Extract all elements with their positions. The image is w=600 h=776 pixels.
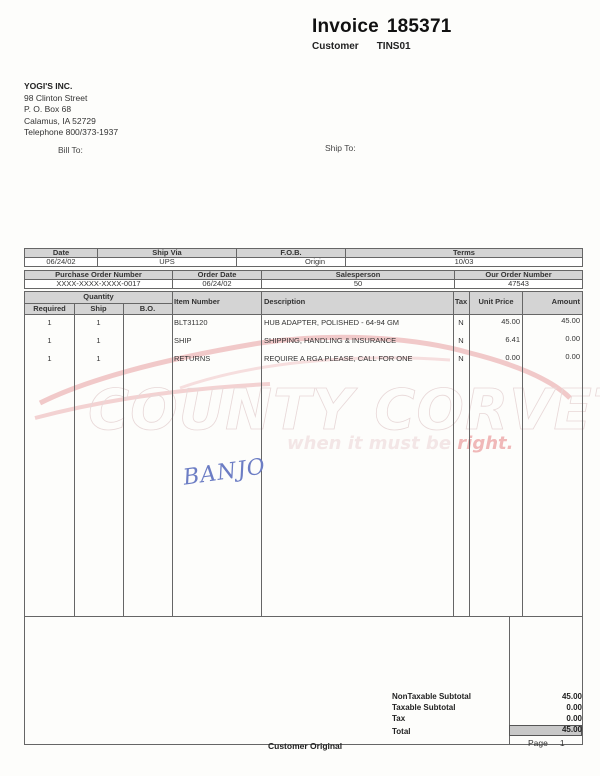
- line-item-amount: 0.00: [523, 334, 580, 343]
- unit-price-header: Unit Price: [469, 297, 523, 306]
- divider: [24, 314, 583, 315]
- line-item-ship: 1: [74, 336, 123, 345]
- salesperson-value: 50: [262, 280, 455, 289]
- company-address-line: Calamus, IA 52729: [24, 116, 118, 128]
- amount-header: Amount: [523, 297, 580, 306]
- total-label: Total: [392, 727, 411, 736]
- tax-value: 0.00: [566, 714, 582, 723]
- divider: [522, 291, 523, 616]
- tagline-text: when it must be: [287, 433, 457, 454]
- taxable-value: 0.00: [566, 703, 582, 712]
- divider: [453, 291, 454, 616]
- page-number: 1: [560, 738, 565, 748]
- item-number-header: Item Number: [174, 297, 220, 306]
- divider: [261, 291, 262, 616]
- divider: [25, 303, 172, 304]
- line-item-description: SHIPPING, HANDLING & INSURANCE: [264, 336, 452, 345]
- nontaxable-value: 45.00: [562, 692, 582, 701]
- required-header: Required: [25, 304, 74, 313]
- line-item-ship: 1: [74, 318, 123, 327]
- ship-via-value: UPS: [98, 258, 237, 267]
- invoice-label: Invoice: [312, 16, 379, 37]
- company-address-line: P. O. Box 68: [24, 104, 118, 116]
- bo-header: B.O.: [123, 304, 172, 313]
- line-item-unit-price: 0.00: [470, 353, 520, 362]
- divider: [24, 616, 583, 617]
- line-item-ship: 1: [74, 354, 123, 363]
- bill-to-label: Bill To:: [58, 145, 83, 155]
- line-item-amount: 45.00: [523, 316, 580, 325]
- customer-id: TINS01: [377, 41, 411, 52]
- company-phone: Telephone 800/373-1937: [24, 127, 118, 139]
- order-date-value: 06/24/02: [173, 280, 262, 289]
- line-item-tax: N: [453, 318, 469, 327]
- line-item-unit-price: 6.41: [470, 335, 520, 344]
- line-item-required: 1: [25, 354, 74, 363]
- divider: [469, 291, 470, 616]
- company-name: YOGI'S INC.: [24, 81, 118, 93]
- company-address: YOGI'S INC. 98 Clinton Street P. O. Box …: [24, 81, 118, 139]
- line-item-tax: N: [453, 354, 469, 363]
- watermark-tagline: when it must be right.: [287, 433, 514, 454]
- po-value: XXXX-XXXX-XXXX-0017: [25, 280, 173, 289]
- customer-label: Customer: [312, 41, 359, 52]
- line-item-unit-price: 45.00: [470, 317, 520, 326]
- divider: [24, 291, 25, 744]
- description-header: Description: [264, 297, 305, 306]
- header-grid-1: Date Ship Via F.O.B. Terms 06/24/02 UPS …: [24, 248, 583, 267]
- line-item-item: RETURNS: [174, 354, 260, 363]
- divider: [582, 291, 583, 744]
- copy-label: Customer Original: [268, 741, 342, 751]
- fob-value: Origin: [237, 258, 346, 267]
- handwritten-note: BANJO: [182, 454, 268, 490]
- nontaxable-label: NonTaxable Subtotal: [392, 692, 471, 701]
- invoice-number: 185371: [387, 16, 452, 37]
- ship-header: Ship: [74, 304, 123, 313]
- divider: [172, 291, 173, 616]
- page-indicator: Page1: [528, 738, 565, 748]
- company-address-line: 98 Clinton Street: [24, 93, 118, 105]
- line-item-required: 1: [25, 318, 74, 327]
- ship-to-label: Ship To:: [325, 143, 356, 153]
- total-value: 45.00: [562, 725, 582, 734]
- taxable-label: Taxable Subtotal: [392, 703, 455, 712]
- line-item-item: SHIP: [174, 336, 260, 345]
- line-item-description: HUB ADAPTER, POLISHED - 64-94 GM: [264, 318, 452, 327]
- tax-header: Tax: [453, 297, 469, 306]
- divider: [74, 303, 75, 616]
- tax-label: Tax: [392, 714, 405, 723]
- divider: [123, 303, 124, 616]
- divider: [24, 291, 583, 292]
- tagline-highlight: right.: [457, 433, 513, 454]
- line-item-tax: N: [453, 336, 469, 345]
- customer-line: CustomerTINS01: [312, 41, 411, 52]
- header-grid-2: Purchase Order Number Order Date Salespe…: [24, 270, 583, 289]
- our-order-value: 47543: [455, 280, 583, 289]
- line-item-item: BLT31120: [174, 318, 260, 327]
- date-value: 06/24/02: [25, 258, 98, 267]
- invoice-title: Invoice185371: [312, 16, 451, 38]
- page-label: Page: [528, 738, 548, 748]
- quantity-header: Quantity: [25, 292, 172, 301]
- fob-header: F.O.B.: [237, 249, 346, 258]
- line-item-description: REQUIRE A RGA PLEASE, CALL FOR ONE: [264, 354, 452, 363]
- terms-value: 10/03: [346, 258, 583, 267]
- line-item-required: 1: [25, 336, 74, 345]
- line-item-amount: 0.00: [523, 352, 580, 361]
